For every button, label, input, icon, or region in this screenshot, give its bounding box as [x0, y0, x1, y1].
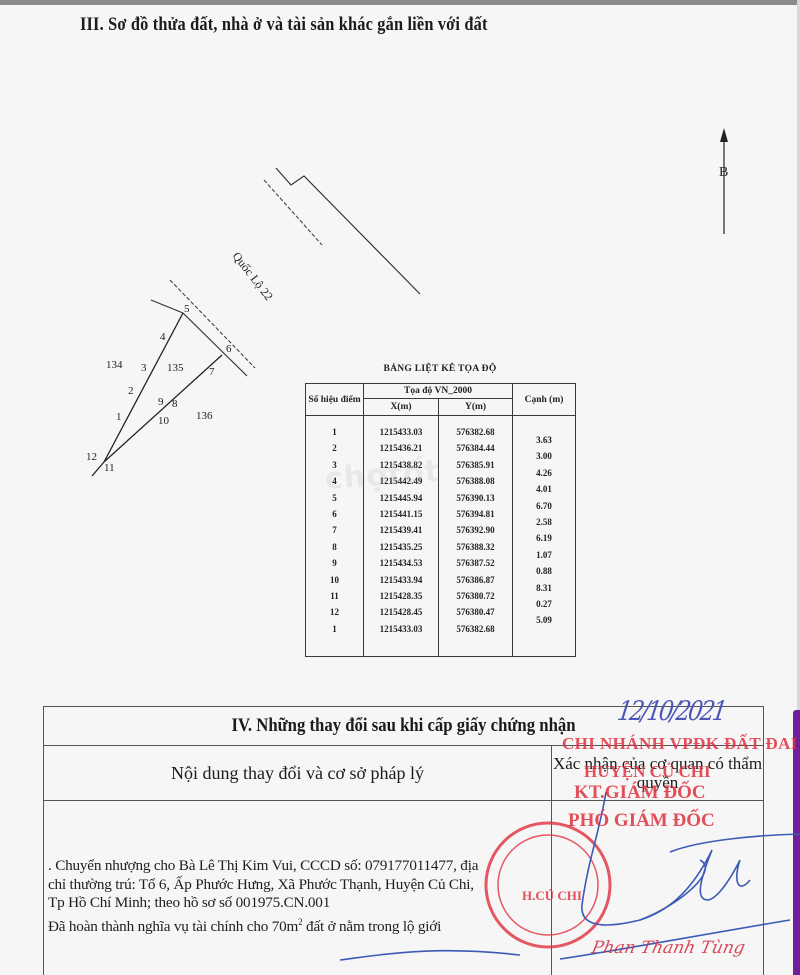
x-column: 1215433.031215436.211215438.821215442.49…: [364, 416, 439, 657]
x-coordinate: 1215445.94: [364, 490, 438, 506]
x-coordinate: 1215441.15: [364, 506, 438, 522]
x-coordinate: 1215428.45: [364, 604, 438, 620]
edge-length: 3.63: [513, 432, 575, 448]
svg-text:135: 135: [167, 362, 184, 374]
svg-text:8: 8: [172, 398, 178, 410]
y-coordinate: 576382.68: [439, 424, 512, 440]
change-entry: . Chuyển nhượng cho Bà Lê Thị Kim Vui, C…: [48, 857, 608, 936]
y-column: 576382.68576384.44576385.91576388.085763…: [439, 416, 513, 657]
svg-text:7: 7: [209, 366, 215, 378]
point-number: 1: [306, 621, 363, 637]
x-coordinate: 1215428.35: [364, 588, 438, 604]
edge-length: 4.26: [513, 465, 575, 481]
svg-text:4: 4: [160, 331, 166, 343]
point-number: 11: [306, 588, 363, 604]
svg-text:3: 3: [141, 362, 147, 374]
official-name: Phan Thanh Tùng: [590, 938, 747, 958]
point-number: 6: [306, 506, 363, 522]
stamp-title-line: KT.GIÁM ĐỐC: [574, 782, 706, 804]
point-number: 7: [306, 522, 363, 538]
edge-length: 3.00: [513, 448, 575, 464]
edge-length: 0.88: [513, 563, 575, 579]
y-coordinate: 576382.68: [439, 621, 512, 637]
svg-text:12: 12: [86, 451, 97, 463]
change-line: chỉ thường trú: Tổ 6, Ấp Phước Hưng, Xã …: [48, 876, 608, 895]
stamp-deputy-line: PHÓ GIÁM ĐỐC: [568, 810, 715, 832]
north-arrow-icon: B: [719, 128, 728, 234]
y-coordinate: 576388.32: [439, 539, 512, 555]
point-number: 12: [306, 604, 363, 620]
svg-text:6: 6: [226, 343, 232, 355]
svg-text:5: 5: [184, 303, 190, 315]
edge-length: 8.31: [513, 580, 575, 596]
y-coordinate: 576387.52: [439, 555, 512, 571]
tax-obligation-line: Đã hoàn thành nghĩa vụ tài chính cho 70m…: [48, 913, 608, 937]
svg-text:11: 11: [104, 462, 115, 474]
handwritten-date: 12/10/2021: [615, 696, 726, 727]
road-label: Quốc Lộ 22: [230, 249, 276, 303]
edge-length: 6.19: [513, 530, 575, 546]
coordinate-table: Số hiệu điểm Tọa độ VN_2000 Cạnh (m) X(m…: [305, 383, 576, 657]
y-coordinate: 576385.91: [439, 457, 512, 473]
header-x: X(m): [364, 399, 439, 416]
point-number: 5: [306, 490, 363, 506]
svg-text:134: 134: [106, 359, 123, 371]
edge-length-column: 3.633.004.264.016.702.586.191.070.888.31…: [513, 416, 576, 657]
edge-length: 4.01: [513, 481, 575, 497]
y-coordinate: 576394.81: [439, 506, 512, 522]
point-labels: 1 2 3 4 5 6 7 8 9 10 11 12: [86, 303, 232, 474]
x-coordinate: 1215434.53: [364, 555, 438, 571]
point-number: 10: [306, 572, 363, 588]
stamp-district-line: HUYỆN CỦ CHI: [584, 762, 711, 782]
svg-text:1: 1: [116, 411, 122, 423]
x-coordinate: 1215436.21: [364, 440, 438, 456]
x-coordinate: 1215442.49: [364, 473, 438, 489]
y-coordinate: 576384.44: [439, 440, 512, 456]
x-coordinate: 1215433.03: [364, 621, 438, 637]
coordinate-table-title: BẢNG LIỆT KÊ TỌA ĐỘ: [305, 364, 575, 374]
edge-length: 5.09: [513, 612, 575, 628]
x-coordinate: 1215435.25: [364, 539, 438, 555]
y-coordinate: 576390.13: [439, 490, 512, 506]
road-boundary: [151, 168, 420, 376]
y-coordinate: 576388.08: [439, 473, 512, 489]
edge-length: 1.07: [513, 547, 575, 563]
point-column: 1234567891011121: [306, 416, 364, 657]
svg-text:9: 9: [158, 396, 164, 408]
x-coordinate: 1215433.94: [364, 572, 438, 588]
y-coordinate: 576380.72: [439, 588, 512, 604]
y-coordinate: 576386.87: [439, 572, 512, 588]
x-coordinate: 1215439.41: [364, 522, 438, 538]
header-coordinate-system: Tọa độ VN_2000: [364, 384, 513, 399]
point-number: 4: [306, 473, 363, 489]
point-number: 2: [306, 440, 363, 456]
y-coordinate: 576380.47: [439, 604, 512, 620]
point-number: 3: [306, 457, 363, 473]
parcel-135-boundary: [92, 313, 222, 476]
point-number: 9: [306, 555, 363, 571]
header-point: Số hiệu điểm: [306, 384, 364, 416]
edge-length: 2.58: [513, 514, 575, 530]
svg-text:B: B: [719, 165, 728, 180]
header-y: Y(m): [439, 399, 513, 416]
header-change-content: Nội dung thay đổi và cơ sở pháp lý: [44, 746, 552, 801]
change-line: . Chuyển nhượng cho Bà Lê Thị Kim Vui, C…: [48, 857, 608, 876]
point-number: 1: [306, 424, 363, 440]
change-line: Tp Hồ Chí Minh; theo hồ sơ số 001975.CN.…: [48, 894, 608, 913]
x-coordinate: 1215433.03: [364, 424, 438, 440]
svg-text:10: 10: [158, 415, 170, 427]
svg-text:2: 2: [128, 385, 134, 397]
y-coordinate: 576392.90: [439, 522, 512, 538]
stamp-office-line: CHI NHÁNH VPĐK ĐẤT ĐAI: [562, 734, 798, 754]
header-edge: Cạnh (m): [513, 384, 576, 416]
svg-text:136: 136: [196, 410, 213, 422]
edge-length: 0.27: [513, 596, 575, 612]
point-number: 8: [306, 539, 363, 555]
x-coordinate: 1215438.82: [364, 457, 438, 473]
edge-length: 6.70: [513, 498, 575, 514]
